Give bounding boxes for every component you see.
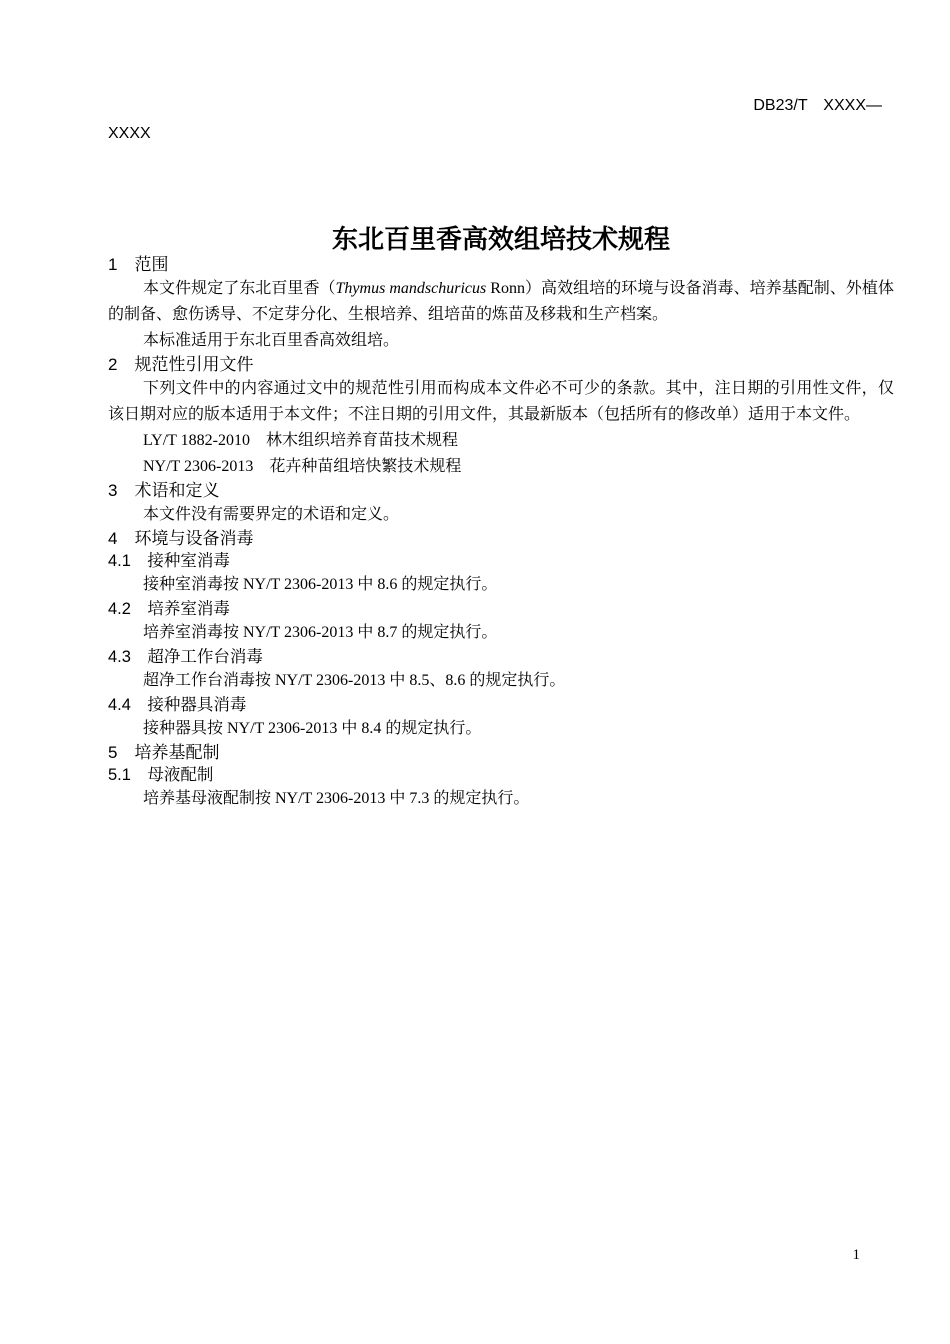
section-disinfection: 4 环境与设备消毒 4.1 接种室消毒 接种室消毒按 NY/T 2306-201… [108,528,894,742]
heading-scope: 1 范围 [108,254,894,276]
paragraph-references: 下列文件中的内容通过文中的规范性引用而构成本文件必不可少的条款。其中，注日期的引… [108,376,894,428]
paragraph-scope-1: 本文件规定了东北百里香（Thymus mandschuricus Ronn）高效… [108,276,894,328]
section-normative-references: 2 规范性引用文件 下列文件中的内容通过文中的规范性引用而构成本文件必不可少的条… [108,354,894,480]
heading-terms: 3 术语和定义 [108,480,894,502]
heading-references: 2 规范性引用文件 [108,354,894,376]
standard-code-line1: DB23/T XXXX— [108,96,882,116]
document-header: DB23/T XXXX— XXXX [108,96,894,144]
paragraph-inoculation-tools: 接种器具按 NY/T 2306-2013 中 8.4 的规定执行。 [108,716,894,742]
heading-inoculation-room: 4.1 接种室消毒 [108,550,894,572]
section-terms-definitions: 3 术语和定义 本文件没有需要界定的术语和定义。 [108,480,894,528]
document-title: 东北百里香高效组培技术规程 [108,224,894,254]
heading-stock-solution: 5.1 母液配制 [108,764,894,786]
standard-code-line2: XXXX [108,124,894,144]
page-number: 1 [853,1246,861,1264]
paragraph-culture-room: 培养室消毒按 NY/T 2306-2013 中 8.7 的规定执行。 [108,620,894,646]
heading-culture-room: 4.2 培养室消毒 [108,598,894,620]
paragraph-inoculation-room: 接种室消毒按 NY/T 2306-2013 中 8.6 的规定执行。 [108,572,894,598]
paragraph-terms: 本文件没有需要界定的术语和定义。 [108,502,894,528]
standard-document-page: DB23/T XXXX— XXXX 东北百里香高效组培技术规程 1 范围 本文件… [0,0,950,1344]
heading-disinfection: 4 环境与设备消毒 [108,528,894,550]
paragraph-clean-bench: 超净工作台消毒按 NY/T 2306-2013 中 8.5、8.6 的规定执行。 [108,668,894,694]
section-medium-preparation: 5 培养基配制 5.1 母液配制 培养基母液配制按 NY/T 2306-2013… [108,742,894,812]
paragraph-scope-2: 本标准适用于东北百里香高效组培。 [108,328,894,354]
heading-inoculation-tools: 4.4 接种器具消毒 [108,694,894,716]
species-latin-name: Thymus mandschuricus [336,280,487,297]
paragraph-stock-solution: 培养基母液配制按 NY/T 2306-2013 中 7.3 的规定执行。 [108,786,894,812]
section-scope: 1 范围 本文件规定了东北百里香（Thymus mandschuricus Ro… [108,254,894,354]
heading-medium: 5 培养基配制 [108,742,894,764]
heading-clean-bench: 4.3 超净工作台消毒 [108,646,894,668]
reference-item-2: NY/T 2306-2013 花卉种苗组培快繁技术规程 [108,454,894,480]
scope-text-before-latin: 本文件规定了东北百里香（ [143,280,336,297]
reference-item-1: LY/T 1882-2010 林木组织培养育苗技术规程 [108,428,894,454]
